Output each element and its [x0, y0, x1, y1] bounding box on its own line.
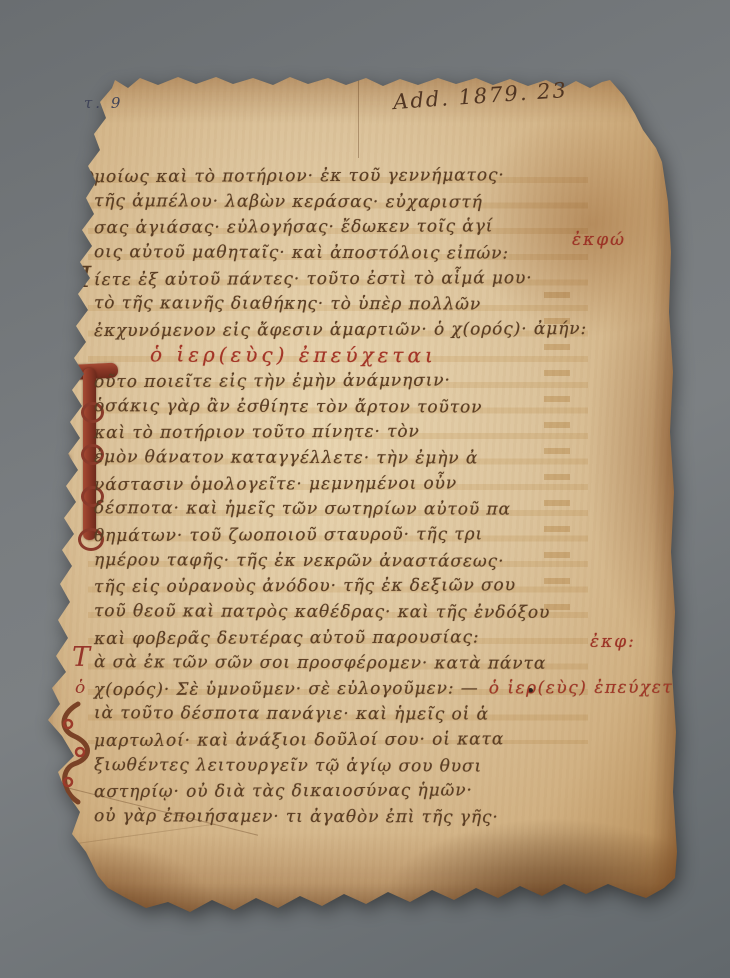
text-line: τοῦ θεοῦ καὶ πατρὸς καθέδρας· καὶ τῆς ἐν… — [94, 599, 594, 626]
vertical-crease — [358, 76, 359, 158]
ekphonesis-note-lower: ἐκφ: — [590, 632, 636, 652]
initial-ho-red: ὁ — [75, 678, 85, 698]
text-line: ιὰ τοῦτο δέσποτα πανάγιε· καὶ ἡμεῖς οἱ ἁ — [94, 702, 594, 729]
worm-hole — [58, 452, 70, 467]
text-line: δέσποτα· καὶ ἡμεῖς τῶν σωτηρίων αὐτοῦ πα — [94, 496, 594, 523]
text-line: ὁσάκις γὰρ ἂν ἐσθίητε τὸν ἄρτον τοῦτον — [94, 394, 594, 421]
text-line: θημάτων· τοῦ ζωοποιοῦ σταυροῦ· τῆς τρι — [94, 522, 594, 550]
text-line: ἐμὸν θάνατον καταγγέλλετε· τὴν ἐμὴν ἀ — [94, 445, 594, 472]
chorus-response: χ(ορός)· Σὲ ὑμνοῦμεν· σὲ εὐλογοῦμεν: — — [94, 678, 479, 700]
text-line: τὸ τῆς καινῆς διαθήκης· τὸ ὑπὲρ πολλῶν — [94, 291, 594, 318]
folio-mark: τ. 9 — [84, 94, 123, 112]
text-line: καὶ φοβερᾶς δευτέρας αὐτοῦ παρουσίας: — [94, 624, 594, 652]
text-line: τῆς εἰς οὐρανοὺς ἀνόδου· τῆς ἐκ δεξιῶν σ… — [94, 573, 594, 601]
text-line: μοίως καὶ τὸ ποτήριον· ἐκ τοῦ γεννήματος… — [94, 163, 594, 191]
text-line: ημέρου ταφῆς· τῆς ἐκ νεκρῶν ἀναστάσεως· — [94, 548, 594, 575]
rubric-priest-prays-inline: ὁ ἱερ(εὺς) ἐπεύχετ(αι): — [479, 677, 718, 698]
text-line: μαρτωλοί· καὶ ἀνάξιοι δοῦλοί σου· οἱ κατ… — [94, 727, 594, 755]
worm-hole — [54, 424, 70, 446]
text-line: ὰ σὰ ἐκ τῶν σῶν σοι προσφέρομεν· κατὰ πά… — [94, 650, 594, 677]
text-line: αστηρίῳ· οὐ διὰ τὰς δικαιοσύνας ἡμῶν· — [94, 778, 594, 806]
text-line: ξιωθέντες λειτουργεῖν τῷ ἁγίῳ σου θυσι — [94, 753, 594, 780]
text-line: οις αὐτοῦ μαθηταῖς· καὶ ἀποστόλοις εἰπών… — [94, 240, 594, 267]
text-line: ἐκχυνόμενον εἰς ἄφεσιν ἁμαρτιῶν· ὁ χ(ορό… — [94, 317, 594, 345]
text-line: τῆς ἀμπέλου· λαβὼν κεράσας· εὐχαριστή — [94, 189, 594, 216]
initial-tau-red: Τ — [72, 642, 90, 673]
text-line: καὶ τὸ ποτήριον τοῦτο πίνητε· τὸν — [94, 419, 594, 447]
text-line: νάστασιν ὁμολογεῖτε· μεμνημένοι οὖν — [94, 471, 594, 499]
text-line-with-rubric: χ(ορός)· Σὲ ὑμνοῦμεν· σὲ εὐλογοῦμεν: —ὁ … — [94, 676, 594, 704]
text-line: ίετε ἐξ αὐτοῦ πάντες· τοῦτο ἐστὶ τὸ αἷμά… — [94, 265, 594, 293]
initial-omicron: Ο — [78, 166, 94, 190]
initial-delta-ornate — [54, 700, 98, 812]
initial-pi: Π — [66, 260, 91, 294]
main-text-block: μοίως καὶ τὸ ποτήριον· ἐκ τοῦ γεννήματος… — [94, 164, 594, 831]
text-line: οὐ γὰρ ἐποιήσαμεν· τι ἀγαθὸν ἐπὶ τῆς γῆς… — [94, 804, 594, 831]
parchment-page: Ο Π Τ ὁ ἐκφώ ἐκφ: μοίως καὶ τὸ ποτήριον·… — [28, 72, 684, 917]
text-line: οῦτο ποιεῖτε εἰς τὴν ἐμὴν ἀνάμνησιν· — [94, 368, 594, 396]
parchment-page-wrapper: Ο Π Τ ὁ ἐκφώ ἐκφ: μοίως καὶ τὸ ποτήριον·… — [0, 0, 730, 978]
rubric-priest-prays: ὁ ἱερ(εὺς) ἐπεύχεται — [94, 343, 594, 370]
text-line: σας ἁγιάσας· εὐλογήσας· ἔδωκεν τοῖς ἁγί — [94, 214, 594, 242]
manuscript-photograph: Ο Π Τ ὁ ἐκφώ ἐκφ: μοίως καὶ τὸ ποτήριον·… — [0, 0, 730, 978]
